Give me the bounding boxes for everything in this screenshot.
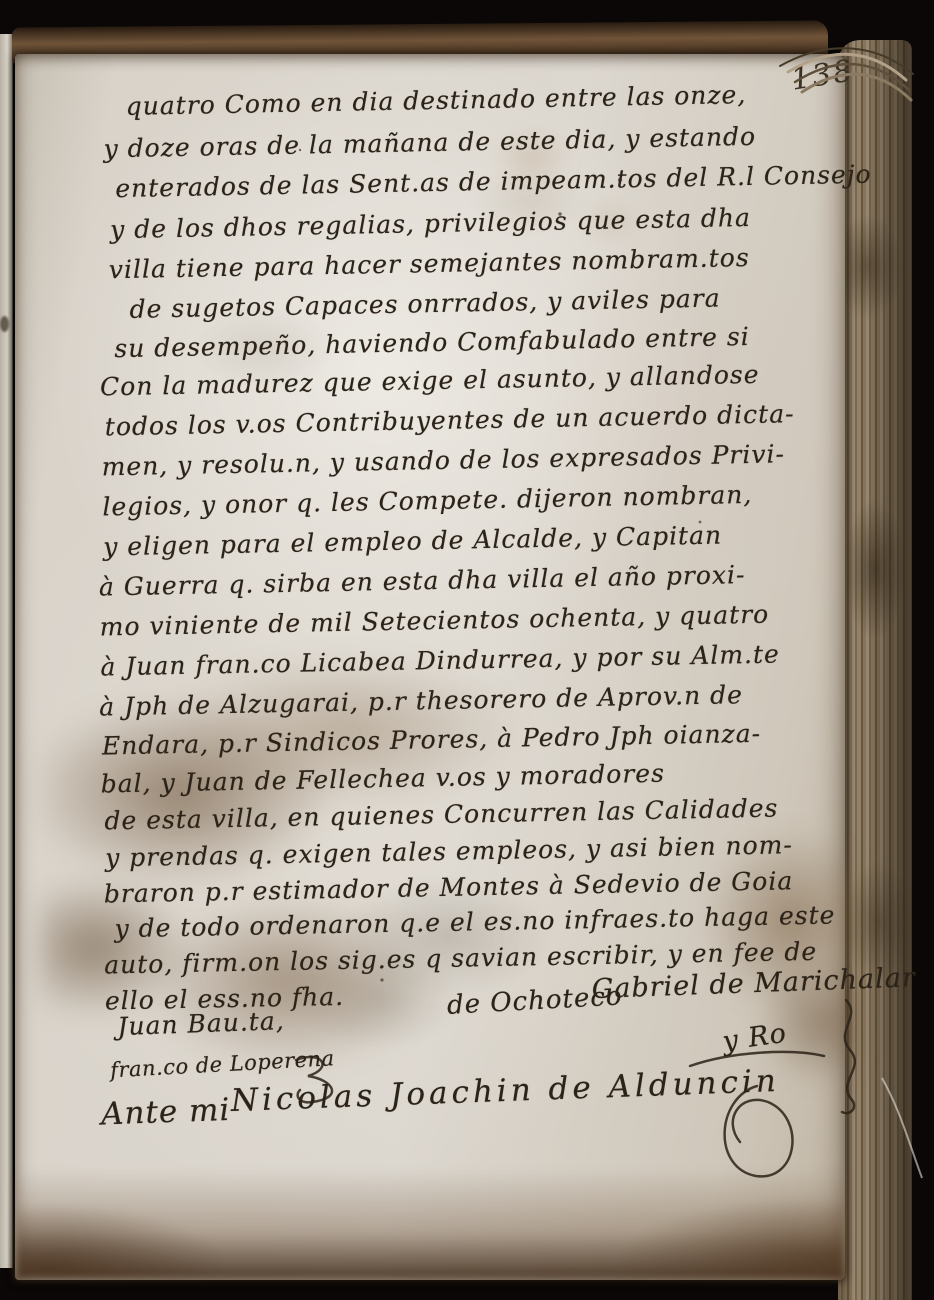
manuscript-line: Endara, p.r Sindicos Prores, à Pedro Jph… [102, 719, 762, 761]
signature: Juan Bau.ta, [117, 1006, 285, 1041]
signature: fran.co de Loperena [110, 1046, 336, 1082]
manuscript-line: de sugetos Capaces onrrados, y aviles pa… [129, 284, 720, 324]
manuscript-line: y de todo ordenaron q.e el es.no infraes… [114, 900, 835, 943]
manuscript-line: à Jph de Alzugarai, p.r thesorero de Apr… [99, 680, 743, 721]
signature: Ante mi [100, 1092, 231, 1133]
manuscript-line: à Guerra q. sirba en esta dha villa el a… [99, 560, 746, 601]
manuscript-line: legios, y onor q. les Compete. dijeron n… [102, 480, 752, 521]
manuscript-line: villa tiene para hacer semejantes nombra… [109, 243, 750, 284]
manuscript-line: men, y resolu.n, y usando de los expresa… [101, 439, 785, 481]
manuscript-line: y prendas q. exigen tales empleos, y asi… [105, 830, 793, 872]
manuscript-line: de esta villa, en quienes Concurren las … [104, 793, 778, 835]
manuscript-line: y de los dhos regalias, privilegios que … [110, 203, 751, 244]
manuscript-line: bal, y Juan de Fellechea v.os y moradore… [100, 759, 665, 799]
manuscript-line: y eligen para el empleo de Alcalde, y Ca… [103, 521, 722, 562]
manuscript-line: enterados de las Sent.as de impeam.tos d… [115, 160, 872, 204]
signature: y Ro [721, 1018, 789, 1058]
manuscript-line: todos los v.os Contribuyentes de un acue… [105, 399, 795, 441]
manuscript-line: quatro Como en dia destinado entre las o… [125, 80, 746, 121]
manuscript-line: braron p.r estimador de Montes à Sedevio… [104, 866, 794, 908]
book-photo: 138 quatro Como en dia destinado entre l… [0, 0, 934, 1300]
manuscript-line: su desempeño, haviendo Comfabulado entre… [114, 322, 750, 363]
manuscript-line: Con la madurez que exige el asunto, y al… [100, 360, 760, 402]
manuscript-line: y doze oras de la mañana de este dia, y … [103, 122, 756, 164]
manuscript-line: à Juan fran.co Licabea Dindurrea, y por … [100, 639, 780, 681]
text-layer: quatro Como en dia destinado entre las o… [0, 0, 875, 1300]
manuscript-line: mo viniente de mil Setecientos ochenta, … [99, 600, 769, 642]
